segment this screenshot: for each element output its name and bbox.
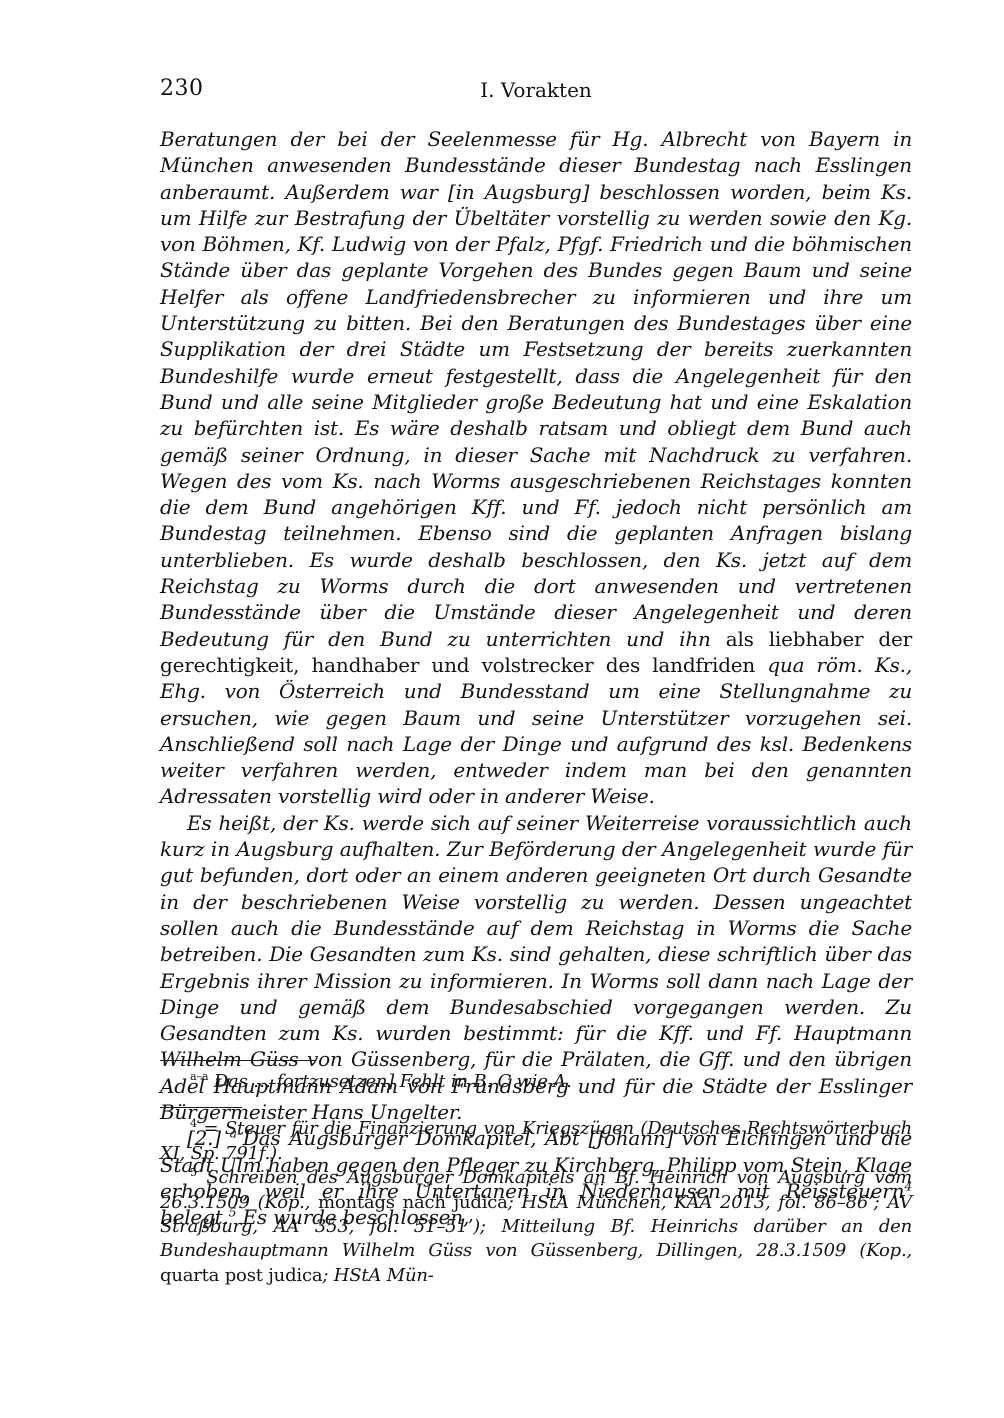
apparatus: a–a Das … fortzusetzen] Fehlt in B. C wi… (160, 1070, 912, 1094)
book-page: 230 I. Vorakten Beratungen der bei der S… (0, 0, 1004, 1418)
running-title: I. Vorakten (160, 78, 912, 102)
footnote: 4 = Steuer für die Finanzierung von Krie… (160, 1117, 912, 1166)
apparatus-rule (160, 1060, 316, 1061)
footnotes: 4 = Steuer für die Finanzierung von Krie… (160, 1117, 912, 1288)
text-segment: Beratungen der bei der Seelenmesse für H… (160, 127, 912, 651)
text-segment: quarta post judica (160, 1265, 322, 1286)
note-marker: 4 (190, 1117, 197, 1130)
text-segment: = Steuer für die Finanzierung von Kriegs… (160, 1118, 912, 1163)
page-header: 230 I. Vorakten (160, 76, 912, 106)
apparatus-note: a–a Das … fortzusetzen] Fehlt in B. C wi… (160, 1070, 912, 1094)
paragraph: Beratungen der bei der Seelenmesse für H… (160, 126, 912, 810)
text-segment: Das … fortzusetzen] Fehlt in B. C wie A. (208, 1071, 571, 1092)
note-marker: a–a (190, 1070, 208, 1083)
text-segment: montags nach judica (318, 1192, 508, 1213)
footnote: 5 Schreiben des Augsburger Domkapitels a… (160, 1166, 912, 1288)
note-marker: 5 (190, 1166, 197, 1179)
footnote-rule (160, 1107, 242, 1108)
text-segment: ; HStA Mün- (322, 1265, 433, 1286)
footnote-area: a–a Das … fortzusetzen] Fehlt in B. C wi… (160, 1060, 912, 1288)
